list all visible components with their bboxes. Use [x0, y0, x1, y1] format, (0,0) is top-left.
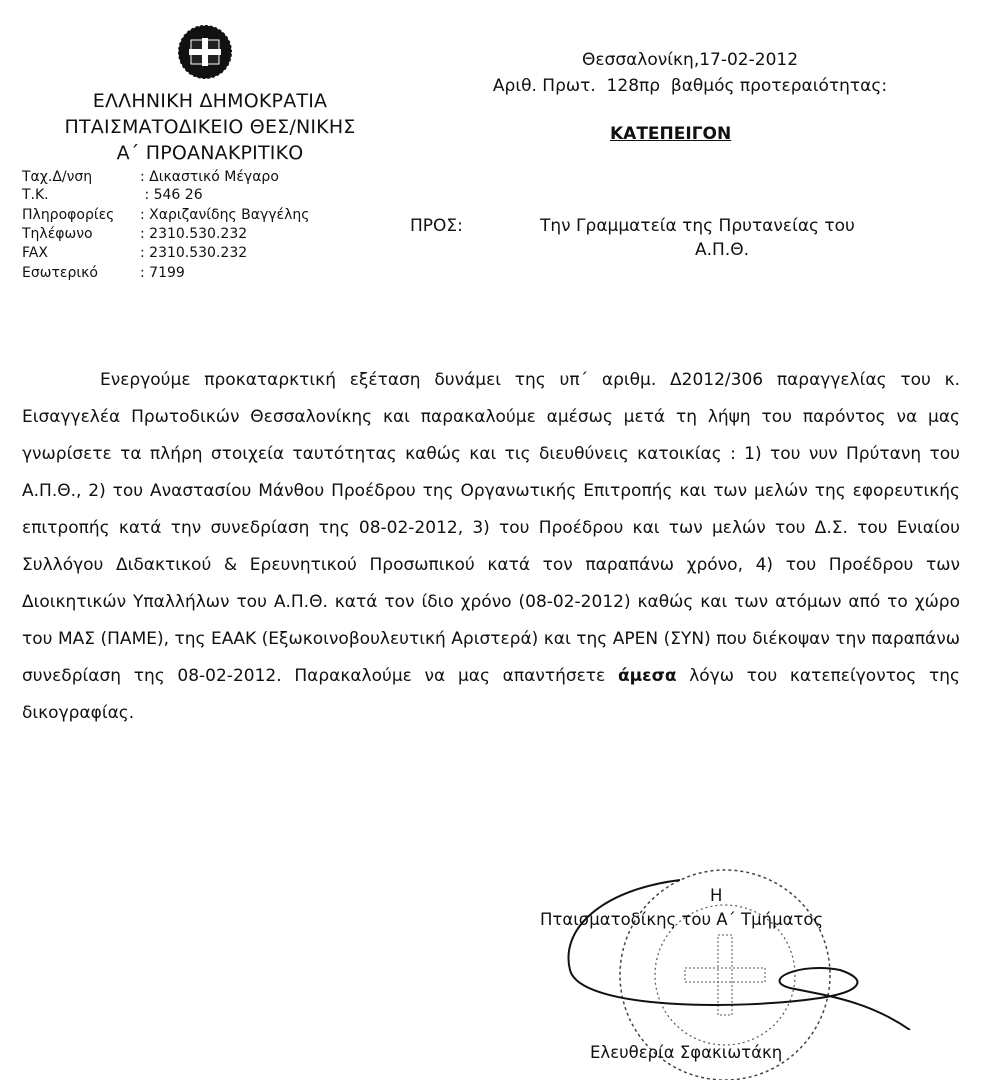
protocol-number: Αριθ. Πρωτ. 128πρ βαθμός προτεραιότητας: — [440, 76, 940, 96]
contact-extension: Εσωτερικό: 7199 — [22, 264, 185, 282]
contact-postal-code: Τ.Κ. : 546 26 — [22, 186, 203, 204]
contact-label: Ταχ.Δ/νση — [22, 168, 140, 186]
contact-fax: FAX: 2310.530.232 — [22, 244, 247, 262]
contact-value: : Δικαστικό Μέγαρο — [140, 169, 279, 185]
recipient-label: ΠΡΟΣ: — [410, 216, 463, 236]
signatory-title: Πταισματοδίκης του Α΄ Τμήματος — [540, 910, 823, 929]
emphasis-text: άμεσα — [618, 666, 677, 686]
body-text: Ενεργούμε προκαταρκτική εξέταση δυνάμει … — [22, 370, 960, 686]
court-name: ΠΤΑΙΣΜΑΤΟΔΙΚΕΙΟ ΘΕΣ/ΝΙΚΗΣ — [0, 114, 420, 140]
contact-value: : 7199 — [140, 265, 185, 281]
greek-coat-of-arms-icon — [175, 22, 235, 82]
contact-phone: Τηλέφωνο: 2310.530.232 — [22, 225, 247, 243]
contact-value: : 2310.530.232 — [140, 245, 247, 261]
org-name: ΕΛΛΗΝΙΚΗ ΔΗΜΟΚΡΑΤΙΑ — [0, 88, 420, 114]
recipient-line-2: Α.Π.Θ. — [695, 240, 749, 260]
contact-info-person: Πληροφορίες: Χαριζανίδης Βαγγέλης — [22, 206, 309, 224]
handwritten-signature-icon — [540, 870, 920, 1030]
place-date: Θεσσαλονίκη,17-02-2012 — [460, 50, 920, 70]
signatory-name: Ελευθερία Σφακιωτάκη — [590, 1043, 782, 1062]
priority-badge: ΚΑΤΕΠΕΙΓΟΝ — [610, 124, 731, 144]
recipient-line-1: Την Γραμματεία της Πρυτανείας του — [540, 216, 855, 236]
department-name: Α΄ ΠΡΟΑΝΑΚΡΙΤΙΚΟ — [0, 140, 420, 166]
contact-value: : 2310.530.232 — [140, 226, 247, 242]
contact-label: Εσωτερικό — [22, 264, 140, 282]
letter-body: Ενεργούμε προκαταρκτική εξέταση δυνάμει … — [22, 362, 960, 732]
contact-value: : Χαριζανίδης Βαγγέλης — [140, 207, 309, 223]
contact-address: Ταχ.Δ/νση: Δικαστικό Μέγαρο — [22, 168, 279, 186]
contact-label: Τ.Κ. — [22, 186, 140, 204]
contact-value: : 546 26 — [140, 187, 203, 203]
contact-label: Πληροφορίες — [22, 206, 140, 224]
signature-article: Η — [710, 886, 722, 905]
contact-label: FAX — [22, 244, 140, 262]
contact-label: Τηλέφωνο — [22, 225, 140, 243]
